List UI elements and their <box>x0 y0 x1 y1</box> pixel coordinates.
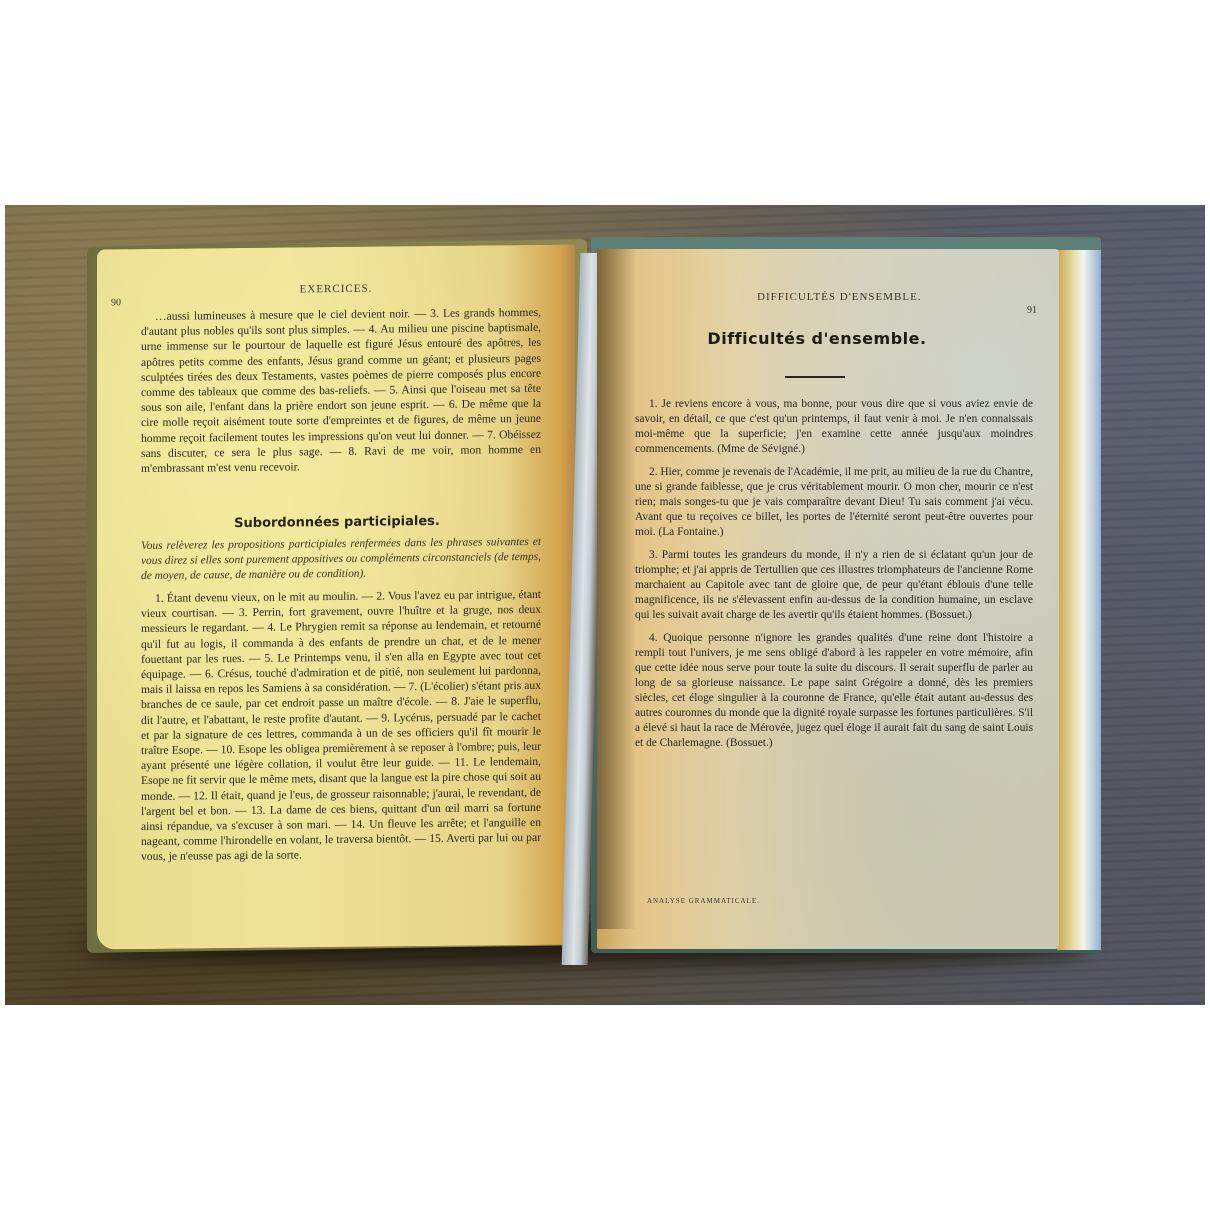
left-intro-text: …aussi lumineuses à mesure que le ciel d… <box>141 305 541 524</box>
left-exercises-text: 1. Étant devenu vieux, on le mit au moul… <box>141 587 541 909</box>
title-rule <box>785 376 845 378</box>
paragraph-2: 2. Hier, comme je revenais de l'Académie… <box>635 465 1033 540</box>
left-page: 90 EXERCICES. …aussi lumineuses à mesure… <box>97 244 575 949</box>
section-title: Subordonnées participiales. <box>137 513 537 532</box>
intro-paragraph: …aussi lumineuses à mesure que le ciel d… <box>141 305 541 476</box>
gutter-shadow <box>597 249 637 929</box>
paragraph-1: 1. Je reviens encore à vous, ma bonne, p… <box>635 397 1033 457</box>
right-body-text: 1. Je reviens encore à vous, ma bonne, p… <box>635 397 1033 857</box>
right-page-number: 91 <box>1027 305 1037 316</box>
exercises-paragraph: 1. Étant devenu vieux, on le mit au moul… <box>141 587 541 865</box>
paragraph-4: 4. Quoique personne n'ignore les grandes… <box>635 631 1033 751</box>
left-page-number: 90 <box>111 297 121 308</box>
paragraph-3: 3. Parmi toutes les grandeurs du monde, … <box>635 548 1033 623</box>
right-page: DIFFICULTÉS D'ENSEMBLE. 91 Difficultés d… <box>597 249 1059 949</box>
page-edges-right <box>1057 250 1101 950</box>
right-running-head: DIFFICULTÉS D'ENSEMBLE. <box>757 291 922 303</box>
exercise-instruction: Vous relèverez les propositions particip… <box>141 535 541 585</box>
left-running-head: EXERCICES. <box>97 280 575 297</box>
footer-signature: ANALYSE GRAMMATICALE. <box>647 897 760 905</box>
chapter-title: Difficultés d'ensemble. <box>637 329 997 348</box>
book-photograph: 90 EXERCICES. …aussi lumineuses à mesure… <box>5 205 1205 1005</box>
